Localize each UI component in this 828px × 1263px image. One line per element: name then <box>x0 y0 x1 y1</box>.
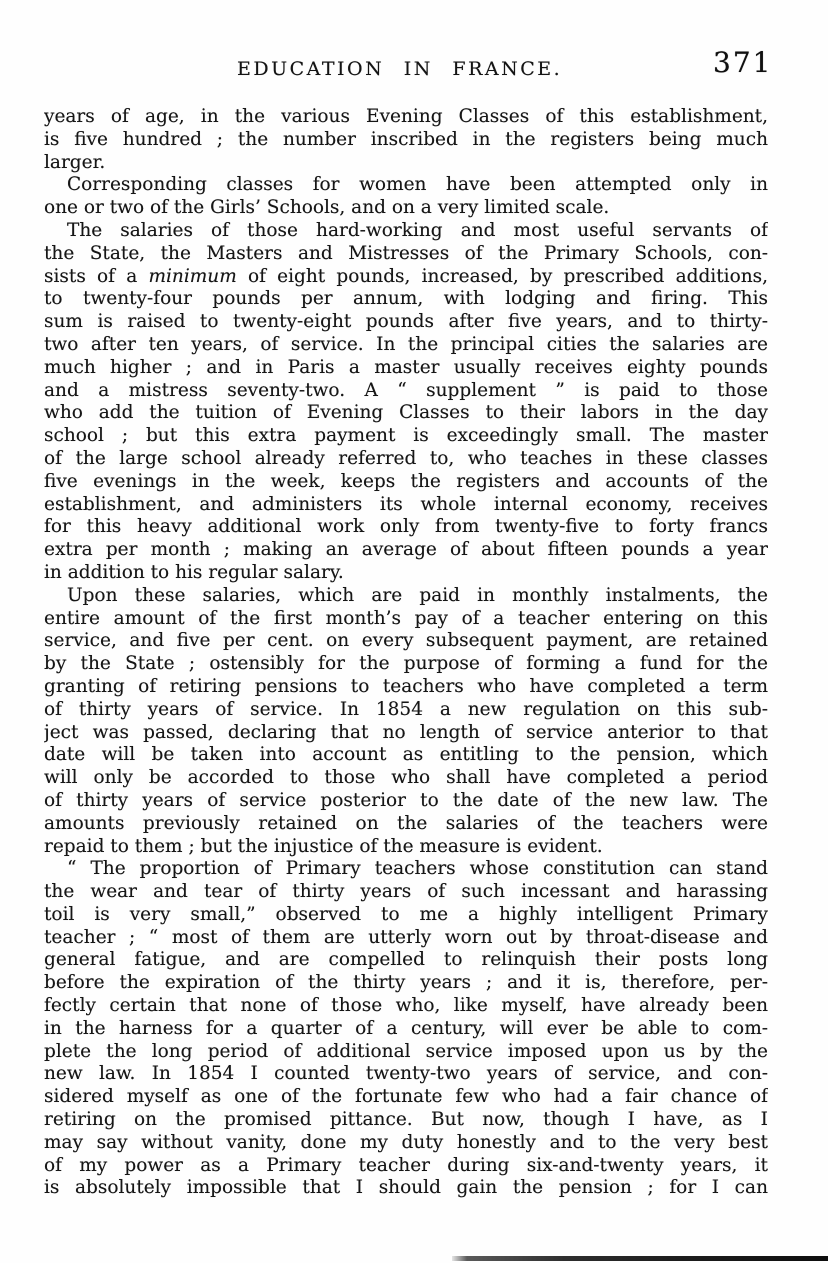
text-line: the wear and tear of thirty years of suc… <box>44 881 768 904</box>
text-line: in the harness for a quarter of a centur… <box>44 1018 768 1041</box>
text-line: fectly certain that none of those who, l… <box>44 995 768 1018</box>
text-line: Upon these salaries, which are paid in m… <box>44 585 768 608</box>
page-number: 371 <box>713 46 772 79</box>
page-bottom-rule <box>452 1256 828 1261</box>
scanned-page: EDUCATION IN FRANCE. 371 years of age, i… <box>0 0 828 1263</box>
text-line: for this heavy additional work only from… <box>44 516 768 539</box>
text-line: and a mistress seventy-two. A “ suppleme… <box>44 380 768 403</box>
text-line: is absolutely impossible that I should g… <box>44 1177 768 1200</box>
text-line: establishment, and administers its whole… <box>44 494 768 517</box>
text-line: sum is raised to twenty-eight pounds aft… <box>44 311 768 334</box>
text-line: by the State ; ostensibly for the purpos… <box>44 653 768 676</box>
text-line: retiring on the promised pittance. But n… <box>44 1109 768 1132</box>
text-line: repaid to them ; but the injustice of th… <box>44 836 768 859</box>
text-line: of thirty years of service. In 1854 a ne… <box>44 699 768 722</box>
text-line: much higher ; and in Paris a master usua… <box>44 357 768 380</box>
text-line: service, and five per cent. on every sub… <box>44 630 768 653</box>
text-line: “ The proportion of Primary teachers who… <box>44 858 768 881</box>
text-line: may say without vanity, done my duty hon… <box>44 1132 768 1155</box>
text-line: plete the long period of additional serv… <box>44 1041 768 1064</box>
text-line: of thirty years of service posterior to … <box>44 790 768 813</box>
text-line: before the expiration of the thirty year… <box>44 972 768 995</box>
text-line: will only be accorded to those who shall… <box>44 767 768 790</box>
text-line: extra per month ; making an average of a… <box>44 539 768 562</box>
text-line: date will be taken into account as entit… <box>44 744 768 767</box>
text-line: sists of a minimum of eight pounds, incr… <box>44 266 768 289</box>
text-line: the State, the Masters and Mistresses of… <box>44 243 768 266</box>
text-line: amounts previously retained on the salar… <box>44 813 768 836</box>
text-line: of the large school already referred to,… <box>44 448 768 471</box>
text-line: toil is very small,” observed to me a hi… <box>44 904 768 927</box>
text-line: entire amount of the first month’s pay o… <box>44 608 768 631</box>
text-line: two after ten years, of service. In the … <box>44 334 768 357</box>
text-line: one or two of the Girls’ Schools, and on… <box>44 197 768 220</box>
running-header-title: EDUCATION IN FRANCE. <box>237 58 562 80</box>
text-line: of my power as a Primary teacher during … <box>44 1155 768 1178</box>
text-line: new law. In 1854 I counted twenty-two ye… <box>44 1063 768 1086</box>
text-line: teacher ; “ most of them are utterly wor… <box>44 927 768 950</box>
text-line: who add the tuition of Evening Classes t… <box>44 402 768 425</box>
text-line: years of age, in the various Evening Cla… <box>44 106 768 129</box>
text-line: school ; but this extra payment is excee… <box>44 425 768 448</box>
text-line: larger. <box>44 152 768 175</box>
text-line: granting of retiring pensions to teacher… <box>44 676 768 699</box>
body-text: years of age, in the various Evening Cla… <box>44 106 768 1200</box>
text-line: general fatigue, and are compelled to re… <box>44 949 768 972</box>
text-line: to twenty-four pounds per annum, with lo… <box>44 288 768 311</box>
text-line: in addition to his regular salary. <box>44 562 768 585</box>
text-line: The salaries of those hard-working and m… <box>44 220 768 243</box>
text-line: ject was passed, declaring that no lengt… <box>44 722 768 745</box>
text-line: five evenings in the week, keeps the reg… <box>44 471 768 494</box>
text-line: Corresponding classes for women have bee… <box>44 174 768 197</box>
text-line: is five hundred ; the number inscribed i… <box>44 129 768 152</box>
text-line: sidered myself as one of the fortunate f… <box>44 1086 768 1109</box>
